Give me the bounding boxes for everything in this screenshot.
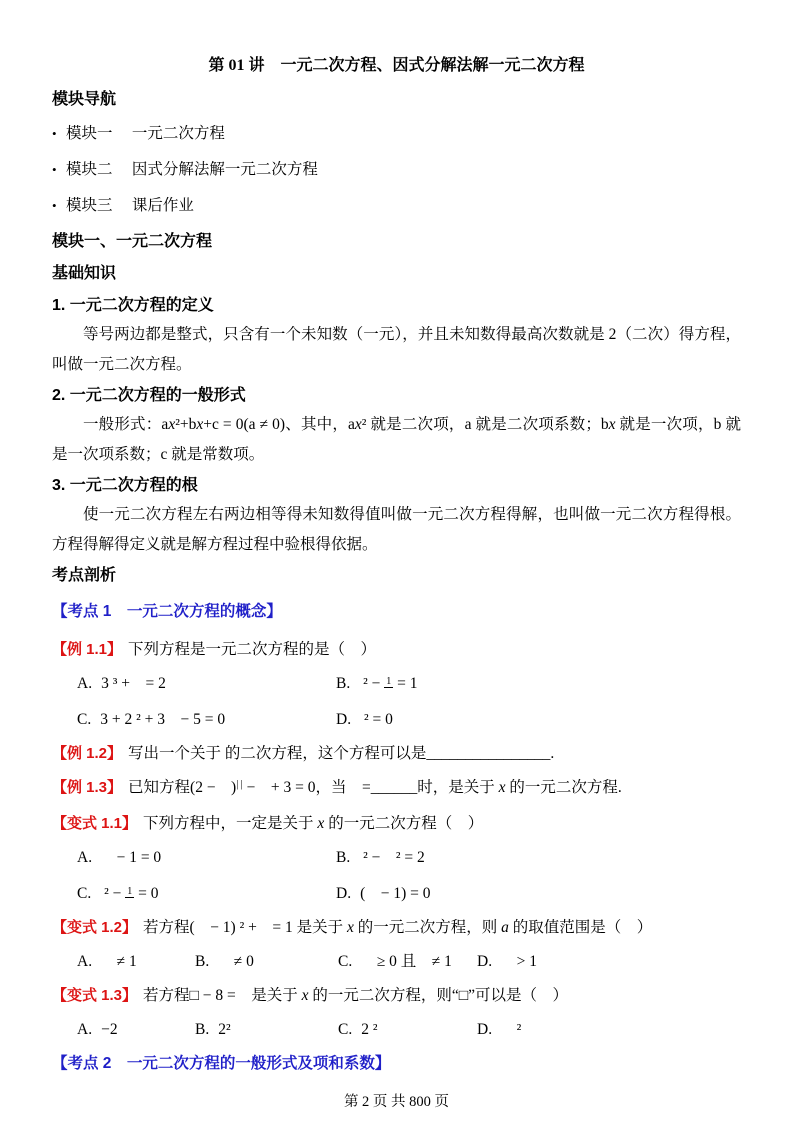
- option-text: 2²: [218, 1021, 230, 1038]
- option-b: B. ² − ² = 2: [336, 846, 741, 870]
- nav-item-label: 模块三 课后作业: [66, 197, 194, 214]
- problem-example-1-2: 【例 1.2】写出一个关于 的二次方程，这个方程可以是_____________…: [52, 742, 741, 766]
- problem-text: 若方程□ − 8 = 是关于 x 的一元二次方程，则“□”可以是（ ）: [143, 987, 568, 1004]
- option-d: D. ² = 0: [336, 708, 741, 732]
- problem-text: 若方程( − 1) ² + = 1 是关于 x 的一元二次方程，则 a 的取值范…: [143, 919, 652, 936]
- options-variant-1-1: A. − 1 = 0 B. ² − ² = 2 C. ² − 1 = 0 D.(…: [52, 846, 741, 906]
- option-label: D.: [336, 711, 351, 728]
- nav-item-module1: •模块一 一元二次方程: [52, 122, 741, 146]
- problem-example-1-3: 【例 1.3】已知方程(2 − )| | − + 3 = 0，当 =______…: [52, 776, 741, 802]
- option-label: B.: [336, 675, 350, 692]
- option-a: A.3 ³ + = 2: [77, 672, 336, 696]
- problem-example-1-1: 【例 1.1】下列方程是一元二次方程的是（ ）: [52, 638, 741, 662]
- section1-title: 1. 一元二次方程的定义: [52, 294, 741, 318]
- option-text: ( − 1) = 0: [360, 885, 430, 902]
- problem-variant-1-1: 【变式 1.1】下列方程中，一定是关于 x 的一元二次方程（ ）: [52, 812, 741, 836]
- option-a: A. − 1 = 0: [77, 846, 336, 870]
- nav-item-label: 模块一 一元二次方程: [66, 125, 225, 142]
- option-a: A.−2: [77, 1018, 195, 1042]
- option-text: ² − 1 = 1: [359, 675, 417, 692]
- problem-text: 已知方程(2 − )| | − + 3 = 0，当 =______时，是关于 x…: [128, 779, 622, 796]
- option-c: C.2 ²: [338, 1018, 477, 1042]
- option-c: C. ≥ 0 且 ≠ 1: [338, 950, 477, 974]
- option-d: D.( − 1) = 0: [336, 882, 741, 906]
- module1-heading: 模块一、一元二次方程: [52, 230, 741, 254]
- option-a: A. ≠ 1: [77, 950, 195, 974]
- option-text: ² − 1 = 0: [100, 885, 158, 902]
- option-b: B. ² − 1 = 1: [336, 672, 741, 696]
- option-label: D.: [477, 1021, 492, 1038]
- option-text: ≥ 0 且 ≠ 1: [361, 953, 452, 970]
- problem-tag: 【变式 1.2】: [52, 919, 137, 936]
- option-text: > 1: [501, 953, 537, 970]
- problem-tag: 【变式 1.1】: [52, 815, 137, 832]
- problem-text: 下列方程中，一定是关于 x 的一元二次方程（ ）: [143, 815, 483, 832]
- option-label: C.: [77, 885, 91, 902]
- problem-variant-1-2: 【变式 1.2】若方程( − 1) ² + = 1 是关于 x 的一元二次方程，…: [52, 916, 741, 940]
- problem-text: 写出一个关于 的二次方程，这个方程可以是________________.: [128, 745, 554, 762]
- option-label: B.: [336, 849, 350, 866]
- option-d: D. ²: [477, 1018, 741, 1042]
- option-text: 2 ²: [361, 1021, 377, 1038]
- option-b: B.2²: [195, 1018, 338, 1042]
- option-label: A.: [77, 1021, 92, 1038]
- option-label: A.: [77, 849, 92, 866]
- option-text: ≠ 0: [218, 953, 254, 970]
- topic2-heading: 【考点 2 一元二次方程的一般形式及项和系数】: [52, 1052, 741, 1076]
- option-label: B.: [195, 1021, 209, 1038]
- options-variant-1-3: A.−2 B.2² C.2 ² D. ²: [52, 1018, 741, 1042]
- page-footer: 第 2 页 共 800 页: [52, 1090, 741, 1114]
- options-variant-1-2: A. ≠ 1 B. ≠ 0 C. ≥ 0 且 ≠ 1 D. > 1: [52, 950, 741, 974]
- option-text: ² = 0: [360, 711, 393, 728]
- option-text: ≠ 1: [101, 953, 137, 970]
- page-title: 第 01 讲 一元二次方程、因式分解法解一元二次方程: [52, 54, 741, 78]
- basics-heading: 基础知识: [52, 262, 741, 286]
- nav-heading: 模块导航: [52, 88, 741, 112]
- option-label: A.: [77, 675, 92, 692]
- section1-paragraph: 等号两边都是整式，只含有一个未知数（一元），并且未知数得最高次数就是 2（二次）…: [52, 320, 741, 380]
- option-b: B. ≠ 0: [195, 950, 338, 974]
- nav-item-label: 模块二 因式分解法解一元二次方程: [66, 161, 318, 178]
- option-text: −2: [101, 1021, 118, 1038]
- problem-tag: 【例 1.1】: [52, 641, 122, 658]
- option-d: D. > 1: [477, 950, 741, 974]
- section3-paragraph: 使一元二次方程左右两边相等得未知数得值叫做一元二次方程得解，也叫做一元二次方程得…: [52, 500, 741, 560]
- option-label: B.: [195, 953, 209, 970]
- option-label: C.: [338, 953, 352, 970]
- problem-variant-1-3: 【变式 1.3】若方程□ − 8 = 是关于 x 的一元二次方程，则“□”可以是…: [52, 984, 741, 1008]
- problem-tag: 【变式 1.3】: [52, 987, 137, 1004]
- bullet-icon: •: [52, 194, 66, 218]
- document-page: 第 01 讲 一元二次方程、因式分解法解一元二次方程 模块导航 •模块一 一元二…: [0, 0, 793, 1122]
- section3-title: 3. 一元二次方程的根: [52, 474, 741, 498]
- exam-analysis-heading: 考点剖析: [52, 564, 741, 588]
- options-example-1-1: A.3 ³ + = 2 B. ² − 1 = 1 C.3 + 2 ² + 3 −…: [52, 672, 741, 732]
- option-text: 3 + 2 ² + 3 − 5 = 0: [100, 711, 225, 728]
- section2-paragraph: 一般形式：ax²+bx+c = 0(a ≠ 0)、其中，ax² 就是二次项，a …: [52, 410, 741, 470]
- option-label: C.: [338, 1021, 352, 1038]
- problem-tag: 【例 1.2】: [52, 745, 122, 762]
- nav-item-module3: •模块三 课后作业: [52, 194, 741, 218]
- option-text: ² − ² = 2: [359, 849, 425, 866]
- bullet-icon: •: [52, 158, 66, 182]
- option-label: C.: [77, 711, 91, 728]
- option-text: 3 ³ + = 2: [101, 675, 166, 692]
- option-c: C.3 + 2 ² + 3 − 5 = 0: [77, 708, 336, 732]
- problem-text: 下列方程是一元二次方程的是（ ）: [128, 641, 376, 658]
- option-label: A.: [77, 953, 92, 970]
- bullet-icon: •: [52, 122, 66, 146]
- option-text: ²: [501, 1021, 521, 1038]
- nav-item-module2: •模块二 因式分解法解一元二次方程: [52, 158, 741, 182]
- topic1-heading: 【考点 1 一元二次方程的概念】: [52, 600, 741, 624]
- option-c: C. ² − 1 = 0: [77, 882, 336, 906]
- problem-tag: 【例 1.3】: [52, 779, 122, 796]
- section2-title: 2. 一元二次方程的一般形式: [52, 384, 741, 408]
- option-label: D.: [477, 953, 492, 970]
- option-label: D.: [336, 885, 351, 902]
- option-text: − 1 = 0: [101, 849, 161, 866]
